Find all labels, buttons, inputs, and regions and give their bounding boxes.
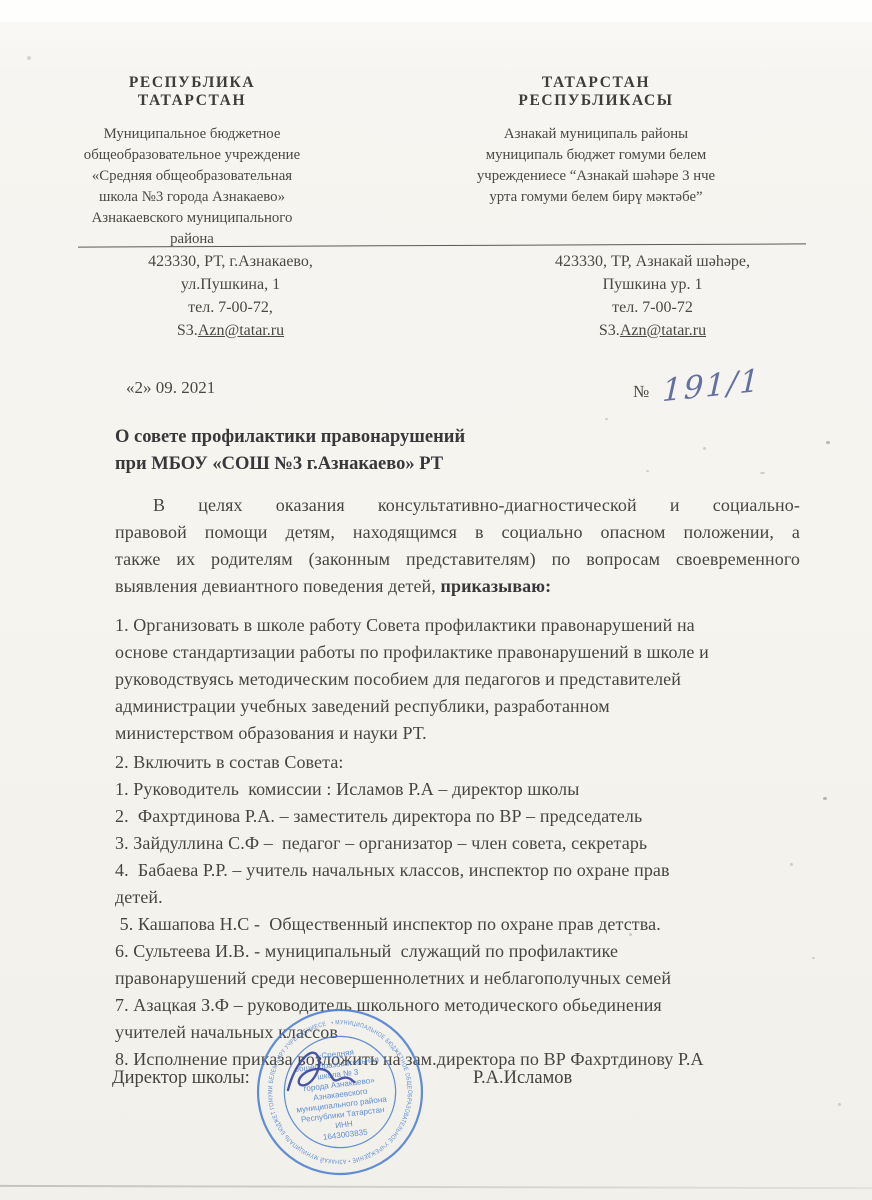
email-line: S3.Azn@tatar.ru: [118, 319, 343, 342]
address-line: тел. 7-00-72,: [118, 296, 343, 319]
document-body: В целях оказания консультативно-диагност…: [115, 492, 800, 1073]
address-line: Пушкина ур. 1: [540, 273, 765, 296]
org-title-russian: РЕСПУБЛИКА ТАТАРСТАН: [82, 74, 302, 110]
order-keyword: приказываю:: [441, 576, 552, 596]
email-line: S3.Azn@tatar.ru: [540, 319, 765, 342]
council-member-line: 2. Фахртдинова Р.А. – заместитель директ…: [115, 803, 800, 830]
order-item-1-line: руководствуясь методическим пособием для…: [115, 666, 800, 693]
council-member-line: учителей начальных классов: [115, 1019, 800, 1046]
scan-speck: [823, 797, 827, 800]
scanner-top-edge: [0, 0, 872, 22]
intro-line: правовой помощи детям, находящимся в соц…: [115, 519, 800, 546]
intro-last-line: выявления девиантного поведения детей, п…: [115, 573, 800, 600]
council-member-line: 4. Бабаева Р.Р. – учитель начальных клас…: [115, 857, 800, 884]
council-member-line: детей.: [115, 884, 800, 911]
org-line: Азнакаевского муниципального: [82, 208, 302, 229]
director-name: Р.А.Исламов: [473, 1068, 572, 1089]
document-subject: О совете профилактики правонарушений при…: [115, 424, 465, 478]
email-prefix: S3.: [177, 322, 198, 339]
scan-speck: [629, 933, 632, 936]
org-line: урта гомуми белем бирү мәктәбе”: [468, 187, 724, 208]
org-block-tatar: ТАТАРСТАН РЕСПУБЛИКАСЫ Азнакай муниципал…: [468, 74, 724, 208]
intro-text: выявления девиантного поведения детей,: [115, 576, 441, 596]
address-russian: 423330, РТ, г.Азнакаево, ул.Пушкина, 1 т…: [118, 250, 343, 342]
scan-speck: [838, 1103, 841, 1106]
org-name-tatar: Азнакай муниципаль районы муниципаль бюд…: [468, 124, 724, 208]
council-member-line: 3. Зайдуллина С.Ф – педагог – организато…: [115, 830, 800, 857]
subject-line: О совете профилактики правонарушений: [115, 424, 465, 451]
org-line: учреждениесе “Азнакай шәһәре 3 нче: [468, 166, 724, 187]
org-block-russian: РЕСПУБЛИКА ТАТАРСТАН Муниципальное бюдже…: [82, 74, 302, 250]
org-line: Азнакай муниципаль районы: [468, 124, 724, 145]
director-signature-ink: [280, 1038, 372, 1110]
email-address: Azn@tatar.ru: [198, 322, 284, 339]
order-item-1-line: администрации учебных заведений республи…: [115, 693, 800, 720]
document-date: «2» 09. 2021: [126, 378, 215, 398]
scan-speck: [826, 441, 830, 444]
number-sign: №: [633, 382, 649, 402]
handwritten-order-number: 191/1: [662, 363, 762, 410]
org-line: «Средняя общеобразовательная: [82, 166, 302, 187]
order-item-1-line: основе стандартизации работы по профилак…: [115, 639, 800, 666]
scan-speck: [605, 418, 608, 420]
intro-line: также их родителям (законным представите…: [115, 546, 800, 573]
address-line: ул.Пушкина, 1: [118, 273, 343, 296]
scan-speck: [643, 533, 646, 536]
org-name-russian: Муниципальное бюджетное общеобразователь…: [82, 124, 302, 250]
order-item-1-line: 1. Организовать в школе работу Совета пр…: [115, 612, 800, 639]
scan-speck: [646, 470, 649, 472]
org-title-tatar: ТАТАРСТАН РЕСПУБЛИКАСЫ: [468, 74, 724, 110]
org-line: муниципаль бюджет гомуми белем: [468, 145, 724, 166]
council-member-line: 1. Руководитель комиссии : Исламов Р.А –…: [115, 776, 800, 803]
signature-row: Директор школы: Р.А.Исламов: [0, 1068, 872, 1098]
order-item-2: 2. Включить в состав Совета:: [115, 749, 800, 776]
scanned-order-document: РЕСПУБЛИКА ТАТАРСТАН Муниципальное бюдже…: [0, 0, 872, 1200]
address-tatar: 423330, ТР, Азнакай шәһәре, Пушкина ур. …: [540, 250, 765, 342]
address-line: тел. 7-00-72: [540, 296, 765, 319]
seal-line: 1643003835: [322, 1127, 368, 1141]
email-address: Azn@tatar.ru: [620, 322, 706, 339]
order-item-1-line: министерством образования и науки РТ.: [115, 720, 800, 747]
scan-speck: [790, 863, 793, 866]
signature-stroke: [288, 1053, 354, 1090]
signature-label: Директор школы:: [112, 1068, 250, 1089]
email-prefix: S3.: [599, 322, 620, 339]
address-line: 423330, РТ, г.Азнакаево,: [118, 250, 343, 273]
council-member-line: 7. Азацкая З.Ф – руководитель школьного …: [115, 992, 800, 1019]
scan-speck: [703, 447, 706, 450]
org-line: общеобразовательное учреждение: [82, 145, 302, 166]
scan-speck: [27, 56, 31, 60]
meta-row: «2» 09. 2021 № 191/1: [0, 378, 872, 418]
scan-speck: [812, 957, 815, 959]
scanner-bottom-edge: [0, 1185, 872, 1189]
paragraph-gap: [115, 600, 800, 612]
scan-speck: [760, 472, 765, 474]
address-line: 423330, ТР, Азнакай шәһәре,: [540, 250, 765, 273]
intro-line: В целях оказания консультативно-диагност…: [115, 492, 800, 519]
council-member-line: 6. Сультеева И.В. - муниципальный служащ…: [115, 938, 800, 965]
council-member-line: 5. Кашапова Н.С - Общественный инспектор…: [115, 911, 800, 938]
council-member-line: правонарушений среди несовершеннолетних …: [115, 965, 800, 992]
subject-line: при МБОУ «СОШ №3 г.Азнакаево» РТ: [115, 451, 465, 478]
org-line: Муниципальное бюджетное: [82, 124, 302, 145]
org-line: школа №3 города Азнакаево»: [82, 187, 302, 208]
